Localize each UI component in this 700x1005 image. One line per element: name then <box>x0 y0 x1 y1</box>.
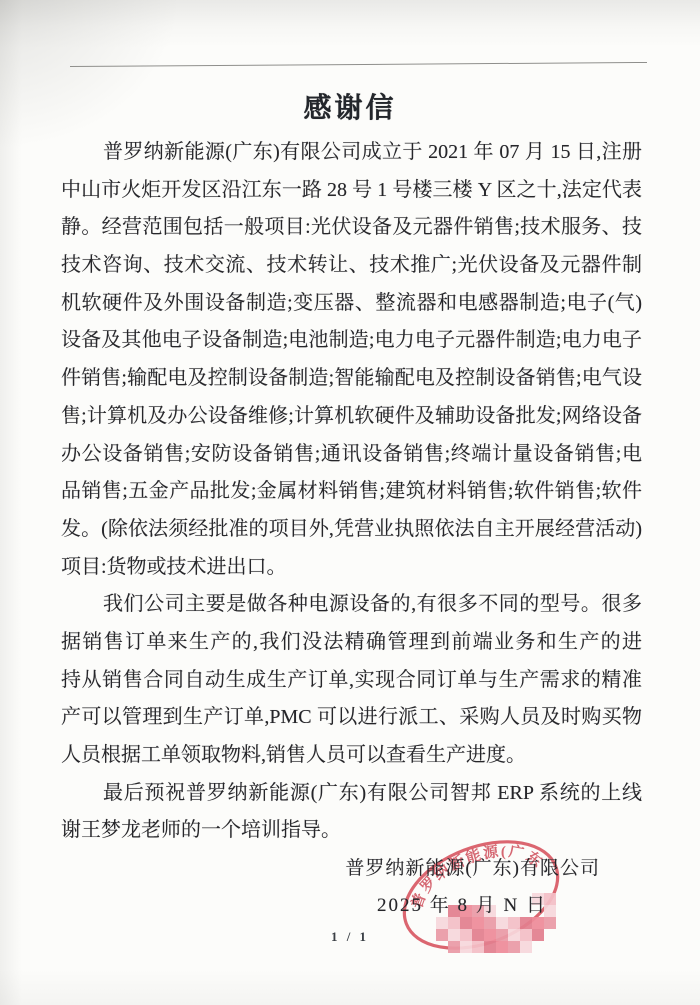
mosaic-cell <box>520 917 532 929</box>
scan-shading-bottom <box>0 969 700 1005</box>
mosaic-cell <box>460 929 472 941</box>
mosaic-cell <box>448 917 460 929</box>
letter-body-line: 普罗纳新能源(广东)有限公司成立于 2021 年 07 月 15 日,注册地位于 <box>61 134 642 172</box>
mosaic-cell <box>496 917 508 929</box>
letter-body-line: 最后预祝普罗纳新能源(广东)有限公司智邦 ERP 系统的上线成功,感 <box>61 775 642 813</box>
letter-body-line: 人员根据工单领取物料,销售人员可以查看生产进度。 <box>61 737 642 775</box>
mosaic-cell <box>460 917 472 929</box>
mosaic-cell <box>448 929 460 941</box>
mosaic-cell <box>472 917 484 929</box>
letter-body-line: 设备及其他电子设备制造;电池制造;电力电子元器件制造;电力电子元器 <box>61 322 642 360</box>
letter-body-line: 品销售;五金产品批发;金属材料销售;建筑材料销售;软件销售;软件开 <box>61 473 642 511</box>
mosaic-cell <box>436 929 448 941</box>
mosaic-cell <box>520 941 532 953</box>
mosaic-cell <box>484 929 496 941</box>
letter-body-line: 技术咨询、技术交流、技术转让、技术推广;光伏设备及元器件制造;计算 <box>61 247 642 285</box>
signature-date: 2025 年 8 月 N 日 <box>377 890 547 917</box>
scanned-letter-page: 感谢信 普罗纳新能源(广东)有限公司成立于 2021 年 07 月 15 日,注… <box>0 0 700 1005</box>
mosaic-cell <box>544 917 556 929</box>
mosaic-cell <box>460 941 472 953</box>
letter-body: 普罗纳新能源(广东)有限公司成立于 2021 年 07 月 15 日,注册地位于… <box>61 134 642 850</box>
mosaic-cell <box>496 941 508 953</box>
mosaic-cell <box>484 941 496 953</box>
letter-body-line: 项目:货物或技术进出口。 <box>61 549 642 587</box>
mosaic-cell <box>436 917 448 929</box>
letter-body-line: 件销售;输配电及控制设备制造;智能输配电及控制设备销售;电气设备销 <box>61 360 642 398</box>
letter-body-line: 持从销售合同自动生成生产订单,实现合同订单与生产需求的精准转化,生 <box>61 662 642 700</box>
mosaic-cell <box>472 929 484 941</box>
mosaic-cell <box>508 941 520 953</box>
scan-shading-top <box>0 0 700 48</box>
scan-shading-top-left <box>0 0 180 150</box>
letter-title: 感谢信 <box>0 86 700 126</box>
letter-body-line: 我们公司主要是做各种电源设备的,有很多不同的型号。很多时候都是根 <box>61 586 642 624</box>
mosaic-cell <box>520 929 532 941</box>
signature-company: 普罗纳新能源(广东)有限公司 <box>345 853 600 880</box>
header-rule <box>70 62 647 67</box>
letter-body-line: 办公设备销售;安防设备销售;通讯设备销售;终端计量设备销售;电子产 <box>61 436 642 474</box>
mosaic-cell <box>472 941 484 953</box>
letter-body-line: 中山市火炬开发区沿江东一路 28 号 1 号楼三楼 Y 区之十,法定代表人为李 <box>61 172 642 210</box>
mosaic-cell <box>496 929 508 941</box>
letter-body-line: 售;计算机及办公设备维修;计算机软硬件及辅助设备批发;网络设备销售; <box>61 398 642 436</box>
letter-body-line: 产可以管理到生产订单,PMC 可以进行派工、采购人员及时购买物料,生产 <box>61 699 642 737</box>
mosaic-cell <box>508 917 520 929</box>
mosaic-cell <box>532 917 544 929</box>
letter-body-line: 发。(除依法须经批准的项目外,凭营业执照依法自主开展经营活动)许可 <box>61 511 642 549</box>
letter-body-line: 静。经营范围包括一般项目:光伏设备及元器件销售;技术服务、技术开发、 <box>61 209 642 247</box>
mosaic-cell <box>448 941 460 953</box>
letter-body-line: 据销售订单来生产的,我们没法精确管理到前端业务和生产的进度。系统支 <box>61 624 642 662</box>
mosaic-cell <box>484 917 496 929</box>
page-footer: 1 / 1 <box>0 929 700 945</box>
mosaic-cell <box>508 929 520 941</box>
mosaic-cell <box>532 929 544 941</box>
letter-body-line: 机软硬件及外围设备制造;变压器、整流器和电感器制造;电子(气)物理 <box>61 285 642 323</box>
scan-shading-left <box>0 0 22 1005</box>
